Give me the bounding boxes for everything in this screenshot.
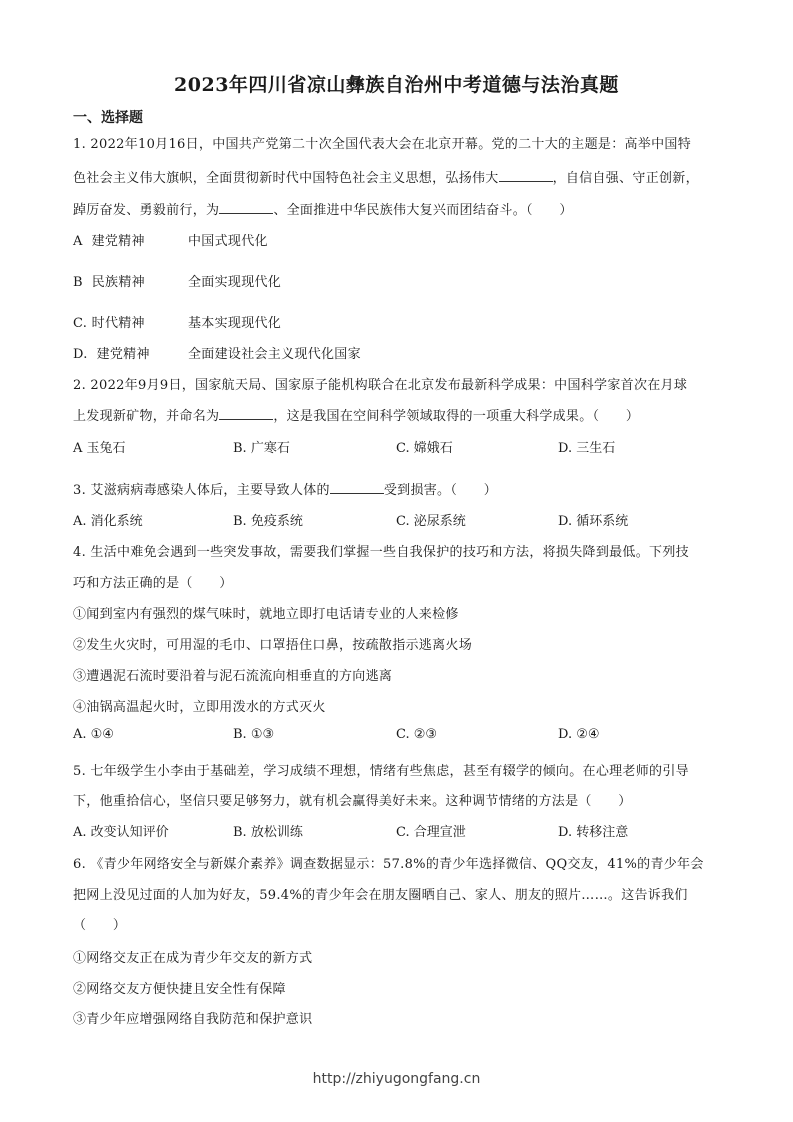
question-3-options: A. 消化系统 B. 免疫系统 C. 泌尿系统 D. 循环系统 — [0, 510, 793, 530]
question-5-line-2: 下，他重拾信心，坚信只要足够努力，就有机会赢得美好未来。这种调节情绪的方法是（ … — [73, 790, 632, 809]
option-a: A. ①④ — [73, 727, 114, 742]
question-2-text-2b: ，这是我国在空间科学领域取得的一项重大科学成果。（ ） — [273, 409, 639, 424]
option-b: B. ①③ — [233, 727, 274, 742]
answer-blank — [219, 201, 273, 214]
option-d: D. ②④ — [558, 727, 600, 742]
option-c: C. 嫦娥石 — [396, 437, 453, 456]
option-b: B. 广寒石 — [233, 437, 290, 456]
statement-2: ②网络交友方便快捷且安全性有保障 — [73, 978, 286, 997]
question-4-options: A. ①④ B. ①③ C. ②③ D. ②④ — [0, 727, 793, 747]
question-5-options: A. 改变认知评价 B. 放松训练 C. 合理宣泄 D. 转移注意 — [0, 821, 793, 841]
option-c: C. ②③ — [396, 727, 437, 742]
question-3-text-b: 受到损害。（ ） — [384, 483, 497, 498]
question-1-line-2: 色社会主义伟大旗帜，全面贯彻新时代中国特色社会主义思想，弘扬伟大，自信自强、守正… — [73, 167, 699, 186]
answer-blank — [219, 407, 273, 420]
option-b: B. 放松训练 — [233, 821, 303, 840]
question-1-text-2a: 色社会主义伟大旗帜，全面贯彻新时代中国特色社会主义思想，弘扬伟大 — [73, 171, 499, 186]
option-first: 民族精神 — [92, 275, 145, 290]
page-title: 2023年四川省凉山彝族自治州中考道德与法治真题 — [0, 70, 793, 97]
question-1-text-3b: 、全面推进中华民族伟大复兴而团结奋斗。（ ） — [273, 203, 572, 218]
question-2-options: A 玉兔石 B. 广寒石 C. 嫦娥石 D. 三生石 — [0, 437, 793, 457]
statement-3: ③遭遇泥石流时要沿着与泥石流流向相垂直的方向逃离 — [73, 665, 392, 684]
statement-4: ④油锅高温起火时，立即用泼水的方式灭火 — [73, 696, 326, 715]
question-6-line-3: （ ） — [73, 914, 126, 933]
question-3-text-a: 3. 艾滋病病毒感染人体后，主要导致人体的 — [73, 483, 330, 498]
option-second: 基本实现现代化 — [188, 316, 281, 331]
option-label: A — [73, 234, 83, 249]
question-2-text-2a: 上发现新矿物，并命名为 — [73, 409, 219, 424]
statement-1: ①闻到室内有强烈的煤气味时，就地立即打电话请专业的人来检修 — [73, 603, 459, 622]
option-first: 建党精神 — [97, 347, 150, 362]
question-4-line-2: 巧和方法正确的是（ ） — [73, 572, 233, 591]
statement-2: ②发生火灾时，可用湿的毛巾、口罩捂住口鼻，按疏散指示逃离火场 — [73, 634, 472, 653]
option-c: C. 合理宣泄 — [396, 821, 466, 840]
option-second: 全面实现现代化 — [188, 275, 281, 290]
option-label: C. — [73, 316, 87, 331]
question-2-line-2: 上发现新矿物，并命名为，这是我国在空间科学领域取得的一项重大科学成果。（ ） — [73, 405, 639, 424]
option-c: C. 时代精神基本实现现代化 — [73, 312, 281, 331]
option-b: B. 免疫系统 — [233, 510, 303, 529]
option-label: D. — [73, 347, 88, 362]
question-4-line-1: 4. 生活中难免会遇到一些突发事故，需要我们掌握一些自我保护的技巧和方法，将损失… — [73, 541, 689, 560]
question-1-text-3a: 踔厉奋发、勇毅前行，为 — [73, 203, 219, 218]
option-first: 建党精神 — [92, 234, 145, 249]
exam-page: 2023年四川省凉山彝族自治州中考道德与法治真题 一、选择题 1. 2022年1… — [0, 0, 793, 1122]
statement-3: ③青少年应增强网络自我防范和保护意识 — [73, 1008, 312, 1027]
option-c: C. 泌尿系统 — [396, 510, 466, 529]
answer-blank — [330, 481, 384, 494]
question-1-line-1: 1. 2022年10月16日，中国共产党第二十次全国代表大会在北京开幕。党的二十… — [73, 133, 691, 152]
option-a: A. 消化系统 — [73, 510, 143, 529]
section-heading: 一、选择题 — [73, 107, 143, 127]
option-a: A. 改变认知评价 — [73, 821, 169, 840]
question-5-line-1: 5. 七年级学生小李由于基础差，学习成绩不理想，情绪有些焦虑，甚至有辍学的倾向。… — [73, 760, 689, 779]
option-d: D. 建党精神全面建设社会主义现代化国家 — [73, 343, 361, 362]
option-label: B — [73, 275, 83, 290]
option-d: D. 循环系统 — [558, 510, 628, 529]
option-d: D. 转移注意 — [558, 821, 628, 840]
question-3-line-1: 3. 艾滋病病毒感染人体后，主要导致人体的受到损害。（ ） — [73, 479, 497, 498]
option-b: B 民族精神全面实现现代化 — [73, 271, 281, 290]
option-second: 中国式现代化 — [188, 234, 268, 249]
option-first: 时代精神 — [92, 316, 145, 331]
question-2-line-1: 2. 2022年9月9日，国家航天局、国家原子能机构联合在北京发布最新科学成果：… — [73, 374, 687, 393]
answer-blank — [499, 169, 553, 182]
option-second: 全面建设社会主义现代化国家 — [188, 347, 361, 362]
question-1-line-3: 踔厉奋发、勇毅前行，为、全面推进中华民族伟大复兴而团结奋斗。（ ） — [73, 199, 573, 218]
option-a: A 建党精神中国式现代化 — [73, 230, 268, 249]
question-1-text-2b: ，自信自强、守正创新， — [553, 171, 699, 186]
footer-url: http://zhiyugongfang.cn — [0, 1071, 793, 1087]
question-6-line-1: 6. 《青少年网络安全与新媒介素养》调查数据显示：57.8%的青少年选择微信、Q… — [73, 853, 704, 872]
option-a: A 玉兔石 — [73, 437, 126, 456]
question-6-line-2: 把网上没见过面的人加为好友，59.4%的青少年会在朋友圈晒自己、家人、朋友的照片… — [73, 884, 688, 903]
statement-1: ①网络交友正在成为青少年交友的新方式 — [73, 947, 312, 966]
option-d: D. 三生石 — [558, 437, 615, 456]
